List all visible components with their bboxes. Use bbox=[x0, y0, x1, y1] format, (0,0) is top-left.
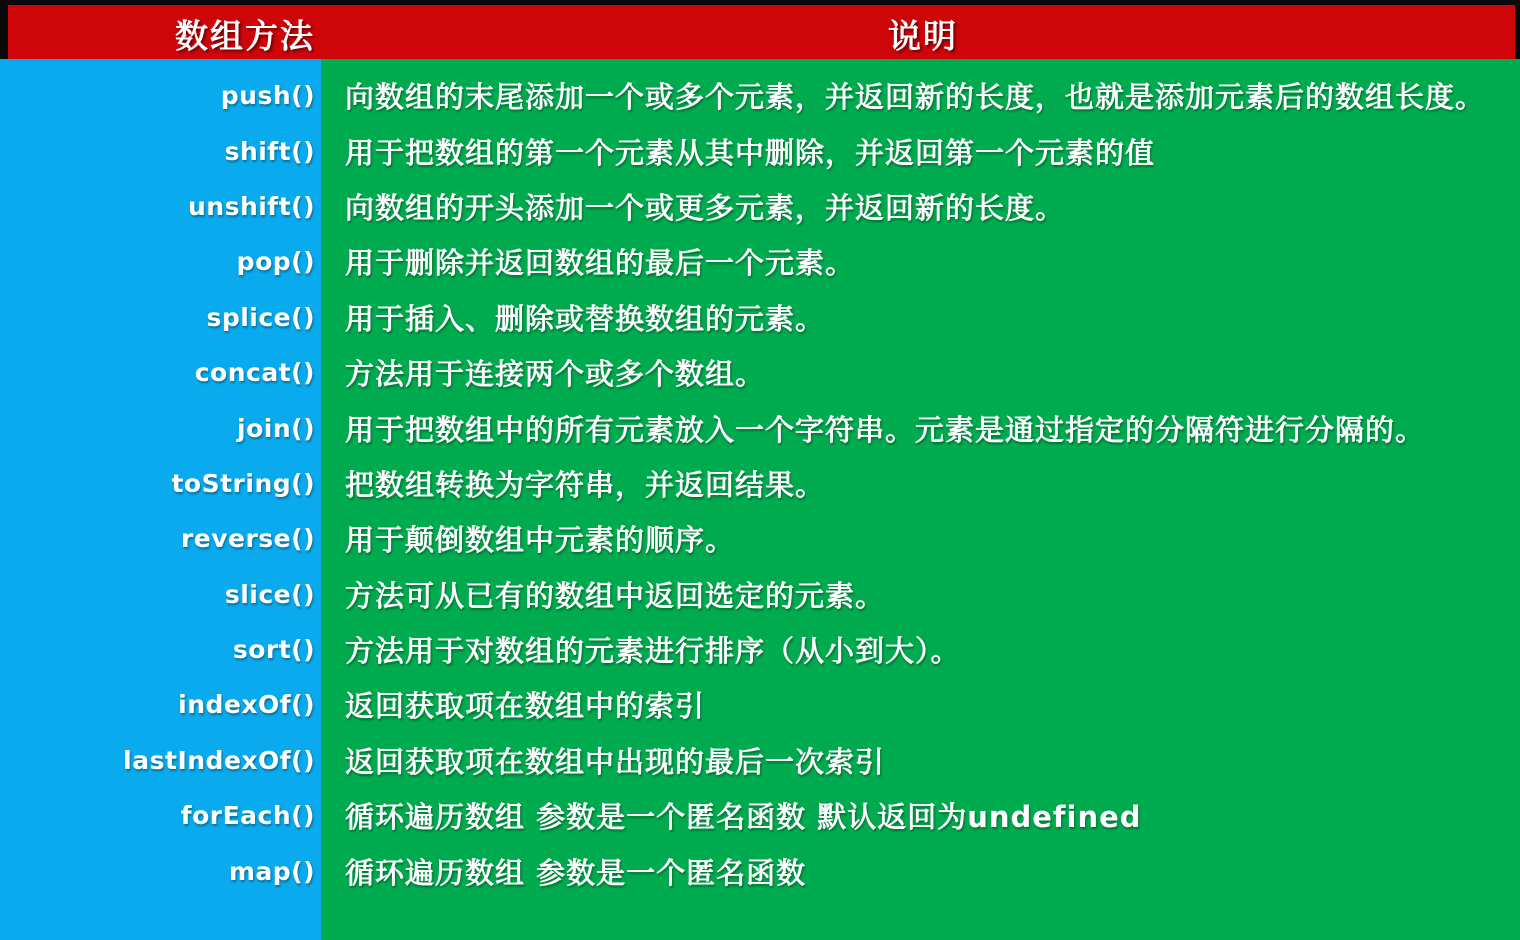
desc-cell: 方法用于连接两个或多个数组。 bbox=[321, 352, 1520, 393]
desc-cell: 返回获取项在数组中出现的最后一次索引 bbox=[321, 740, 1520, 781]
table-row: reverse() 用于颠倒数组中元素的顺序。 bbox=[0, 511, 1520, 566]
desc-cell: 用于把数组中的所有元素放入一个字符串。元素是通过指定的分隔符进行分隔的。 bbox=[321, 408, 1520, 449]
method-cell: map() bbox=[0, 857, 321, 886]
desc-cell: 方法用于对数组的元素进行排序（从小到大）。 bbox=[321, 629, 1520, 670]
desc-cell: 循环遍历数组 参数是一个匿名函数 bbox=[321, 851, 1520, 892]
table-row: unshift() 向数组的开头添加一个或更多元素，并返回新的长度。 bbox=[0, 179, 1520, 234]
desc-cell: 向数组的末尾添加一个或多个元素，并返回新的长度，也就是添加元素后的数组长度。 bbox=[321, 75, 1520, 116]
method-cell: slice() bbox=[0, 580, 321, 609]
table-row: slice() 方法可从已有的数组中返回选定的元素。 bbox=[0, 567, 1520, 622]
method-cell: reverse() bbox=[0, 524, 321, 553]
method-cell: splice() bbox=[0, 303, 321, 332]
desc-cell: 用于删除并返回数组的最后一个元素。 bbox=[321, 241, 1520, 282]
table-rows: push() 向数组的末尾添加一个或多个元素，并返回新的长度，也就是添加元素后的… bbox=[0, 59, 1520, 899]
method-cell: join() bbox=[0, 414, 321, 443]
method-cell: pop() bbox=[0, 247, 321, 276]
table-row: toString() 把数组转换为字符串，并返回结果。 bbox=[0, 456, 1520, 511]
desc-cell: 方法可从已有的数组中返回选定的元素。 bbox=[321, 574, 1520, 615]
desc-cell: 向数组的开头添加一个或更多元素，并返回新的长度。 bbox=[321, 186, 1520, 227]
desc-cell: 用于把数组的第一个元素从其中删除，并返回第一个元素的值 bbox=[321, 131, 1520, 172]
method-cell: toString() bbox=[0, 469, 321, 498]
method-cell: push() bbox=[0, 81, 321, 110]
table-row: shift() 用于把数组的第一个元素从其中删除，并返回第一个元素的值 bbox=[0, 123, 1520, 178]
table-row: splice() 用于插入、删除或替换数组的元素。 bbox=[0, 290, 1520, 345]
table-body: push() 向数组的末尾添加一个或多个元素，并返回新的长度，也就是添加元素后的… bbox=[0, 59, 1520, 940]
table-row: join() 用于把数组中的所有元素放入一个字符串。元素是通过指定的分隔符进行分… bbox=[0, 400, 1520, 455]
method-cell: concat() bbox=[0, 358, 321, 387]
table-row: indexOf() 返回获取项在数组中的索引 bbox=[0, 677, 1520, 732]
table-row: lastIndexOf() 返回获取项在数组中出现的最后一次索引 bbox=[0, 733, 1520, 788]
method-cell: forEach() bbox=[0, 801, 321, 830]
method-cell: sort() bbox=[0, 635, 321, 664]
table-row: push() 向数组的末尾添加一个或多个元素，并返回新的长度，也就是添加元素后的… bbox=[0, 68, 1520, 123]
method-cell: lastIndexOf() bbox=[0, 746, 321, 775]
table-row: pop() 用于删除并返回数组的最后一个元素。 bbox=[0, 234, 1520, 289]
table-header: 数组方法 说明 bbox=[8, 5, 1515, 59]
method-cell: unshift() bbox=[0, 192, 321, 221]
table-row: sort() 方法用于对数组的元素进行排序（从小到大）。 bbox=[0, 622, 1520, 677]
table-row: forEach() 循环遍历数组 参数是一个匿名函数 默认返回为undefine… bbox=[0, 788, 1520, 843]
header-method-column-label: 数组方法 bbox=[175, 11, 315, 58]
desc-cell: 把数组转换为字符串，并返回结果。 bbox=[321, 463, 1520, 504]
desc-cell: 返回获取项在数组中的索引 bbox=[321, 684, 1520, 725]
desc-cell: 用于颠倒数组中元素的顺序。 bbox=[321, 518, 1520, 559]
method-cell: shift() bbox=[0, 137, 321, 166]
header-desc-column-label: 说明 bbox=[888, 11, 958, 58]
table-row: map() 循环遍历数组 参数是一个匿名函数 bbox=[0, 843, 1520, 898]
desc-cell: 循环遍历数组 参数是一个匿名函数 默认返回为undefined bbox=[321, 795, 1520, 836]
table-row: concat() 方法用于连接两个或多个数组。 bbox=[0, 345, 1520, 400]
desc-cell: 用于插入、删除或替换数组的元素。 bbox=[321, 297, 1520, 338]
method-cell: indexOf() bbox=[0, 690, 321, 719]
array-methods-table-screen: 数组方法 说明 push() 向数组的末尾添加一个或多个元素，并返回新的长度，也… bbox=[0, 0, 1520, 940]
